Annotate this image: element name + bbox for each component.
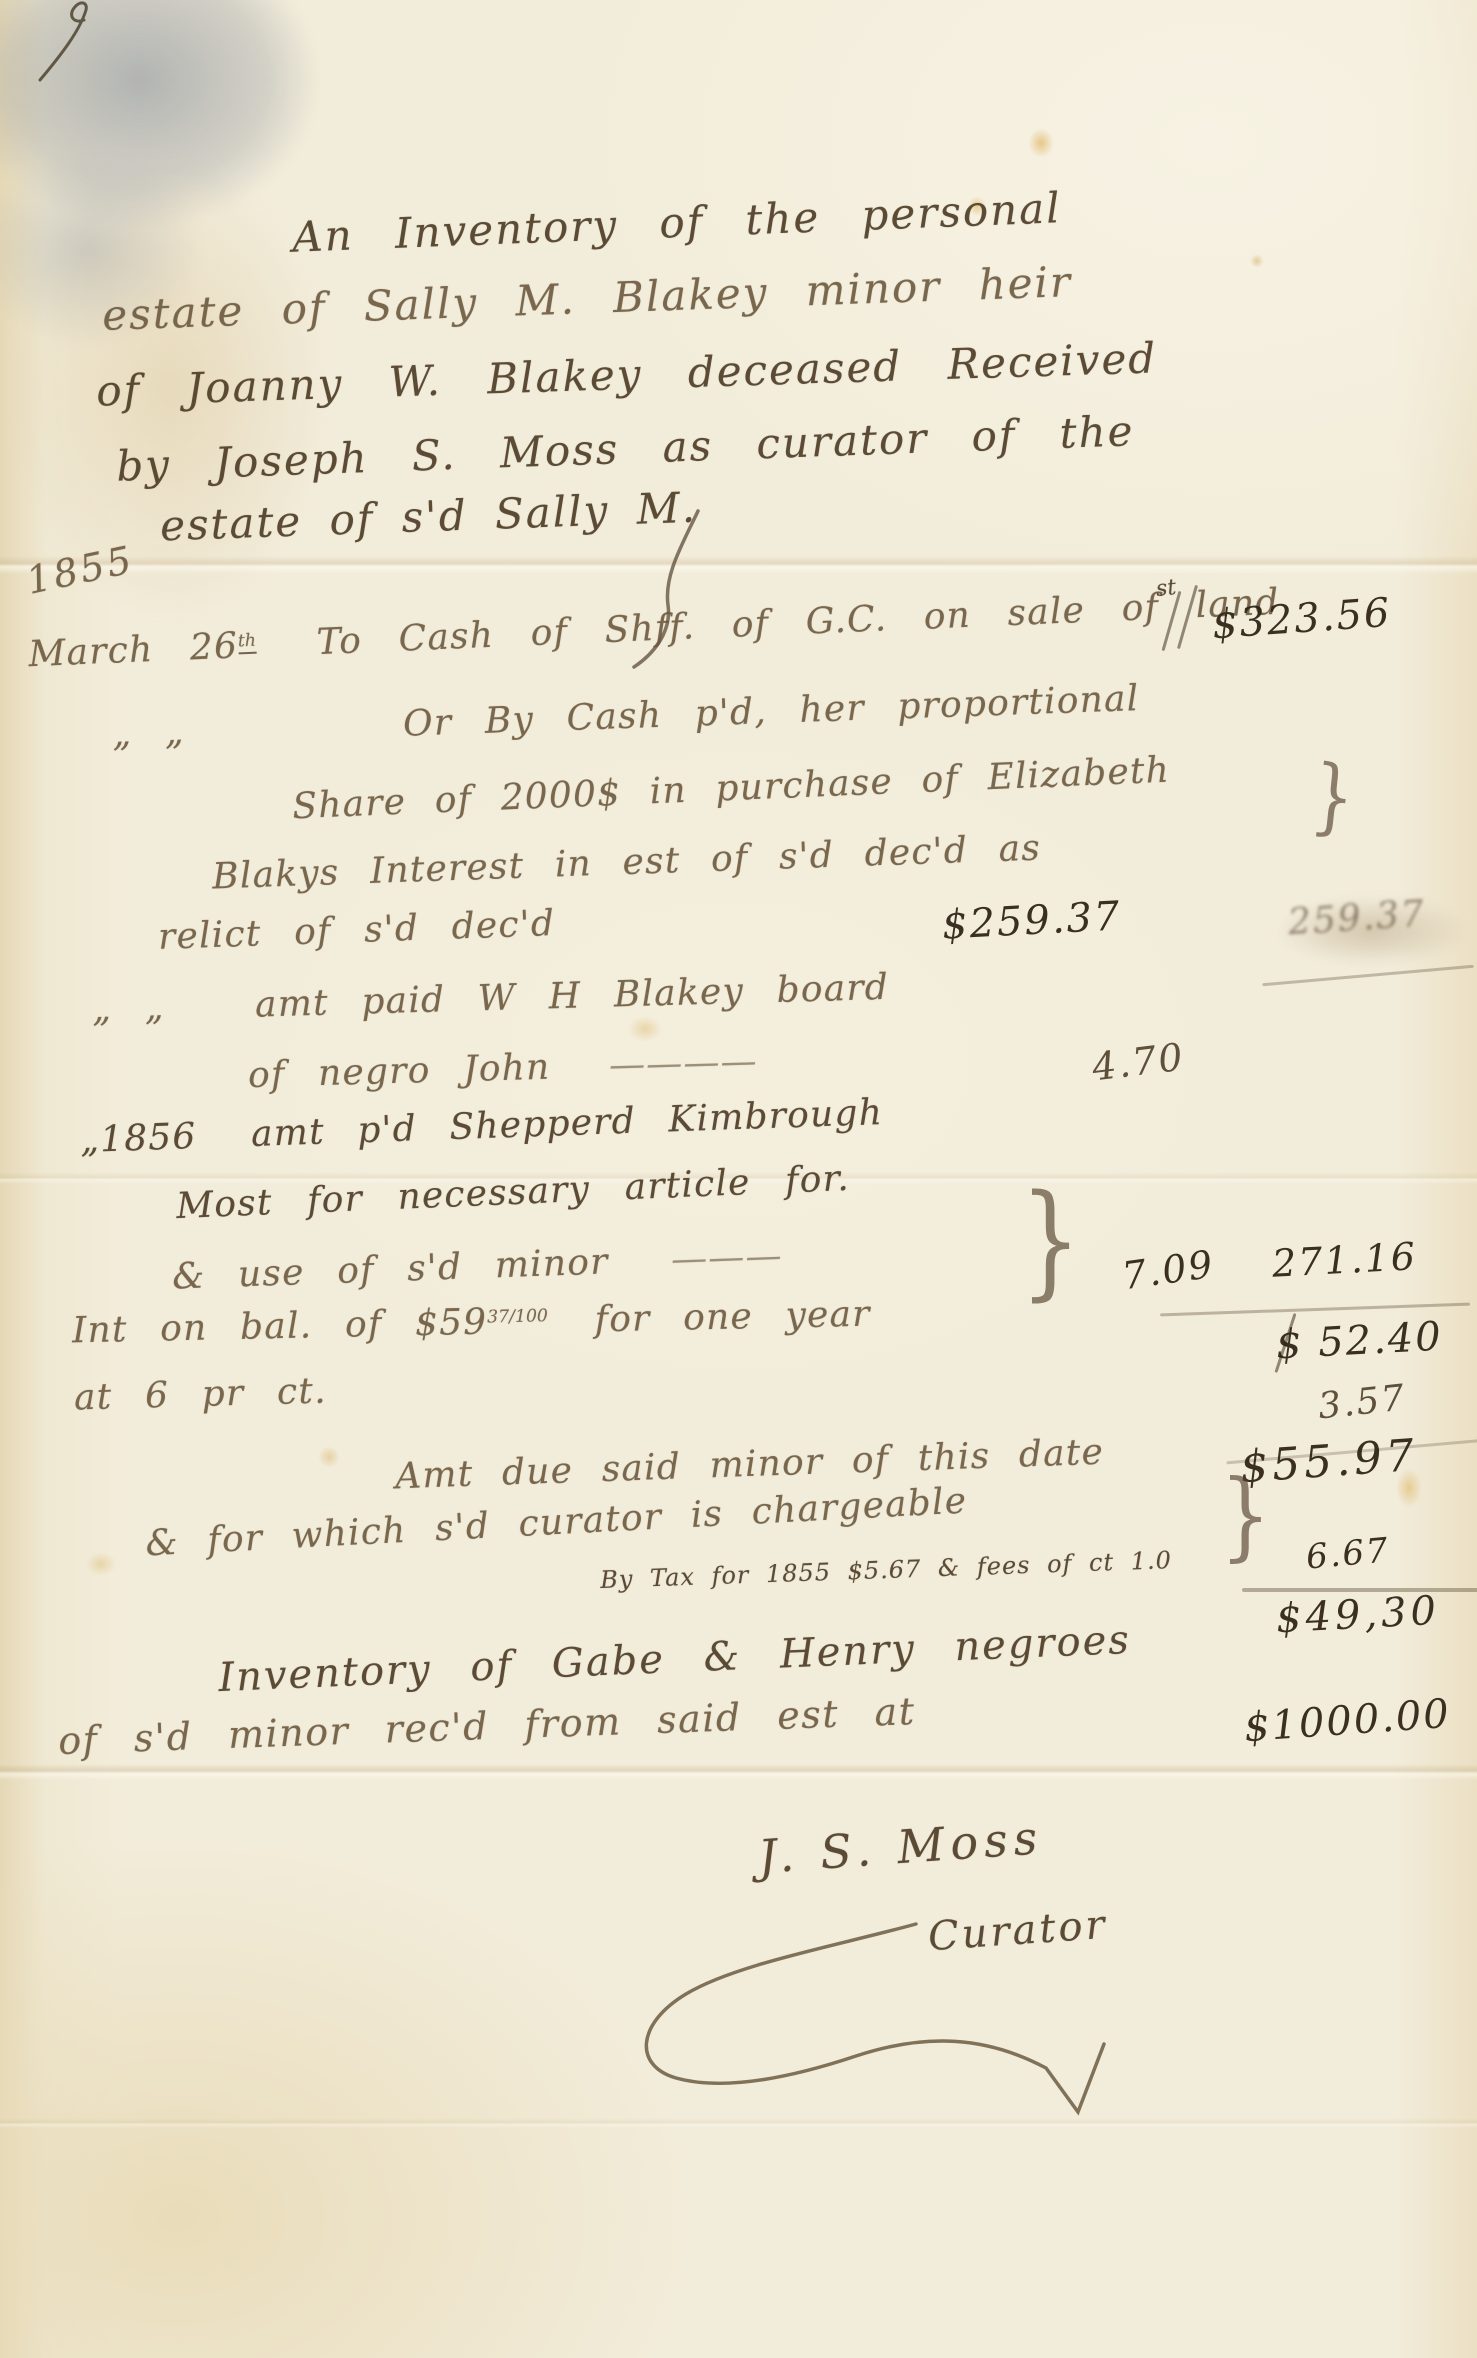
- inventory-line-1: Inventory of Gabe & Henry negroes: [217, 1617, 1131, 1701]
- trailing-dash: ———: [670, 1235, 783, 1280]
- amount-6-67: 6.67: [1304, 1530, 1391, 1577]
- entry-date: March 26: [28, 625, 239, 675]
- entry-negro-john: of negro John ————: [248, 1041, 759, 1096]
- entry-date: „1856: [80, 1116, 198, 1161]
- corner-ink-mark: [22, 0, 122, 86]
- ditto-marks: „ „: [92, 987, 165, 1030]
- entry-relict: relict of s'd dec'd: [157, 903, 555, 958]
- ditto-marks: „ „: [112, 711, 186, 755]
- entry-use-of-minor: & use of s'd minor ———: [171, 1235, 783, 1297]
- inventory-line-2: of s'd minor rec'd from said est at: [57, 1689, 916, 1763]
- entry-blakys-interest: Blakys Interest in est of s'd dec'd as: [212, 828, 1042, 898]
- amount-1000-00: $1000.00: [1243, 1691, 1453, 1751]
- entry-tax-note: By Tax for 1855 $5.67 & fees of ct 1.0: [600, 1546, 1173, 1594]
- entry-text: of negro John: [248, 1047, 551, 1096]
- amount-3-57: 3.57: [1316, 1378, 1408, 1428]
- foxing-spot: [628, 1016, 662, 1042]
- amount-271-16: 271.16: [1271, 1234, 1418, 1286]
- entry-necessary-articles: Most for necessary article for.: [175, 1158, 850, 1227]
- entry-share-2000: Share of 2000$ in purchase of Elizabeth: [292, 750, 1171, 828]
- fold-crease: [0, 556, 1477, 574]
- entry-by-cash: „ „ Or By Cash p'd, her proportional: [112, 678, 1140, 755]
- signature-name: J. S. Moss: [756, 1810, 1044, 1884]
- amount-7-09: 7.09: [1119, 1242, 1217, 1298]
- amount-4-70: 4.70: [1090, 1035, 1187, 1090]
- interline-note: st: [1155, 575, 1178, 602]
- brace-glyph: }: [1220, 1468, 1271, 1564]
- fold-crease: [0, 1764, 1477, 1780]
- entry-text: amt paid W H Blakey board: [255, 967, 890, 1026]
- entry-text: amt p'd Shepperd Kimbrough: [250, 1092, 883, 1155]
- foxing-spot: [1028, 128, 1054, 158]
- entry-text: & use of s'd minor: [171, 1241, 609, 1297]
- entry-board-blakey: „ „ amt paid W H Blakey board: [92, 967, 890, 1030]
- signature-flourish: [616, 1916, 1136, 2126]
- entry-1856-kimbrough: „1856 amt p'd Shepperd Kimbrough: [80, 1092, 884, 1161]
- entry-text: To Cash of Shff. of G.C. on sale of land: [316, 582, 1281, 663]
- foxing-spot: [1250, 254, 1264, 268]
- entry-date-ordinal: th: [237, 630, 256, 654]
- manuscript-page: An Inventory of the personal estate of S…: [0, 0, 1477, 2358]
- brace-glyph: }: [1308, 754, 1358, 840]
- brace-glyph: }: [1020, 1178, 1081, 1303]
- foxing-spot: [318, 1446, 340, 1468]
- amount-259-37: $259.37: [941, 893, 1123, 948]
- entry-text: Or By Cash p'd, her proportional: [402, 678, 1140, 745]
- fraction-sup: 37/100: [487, 1306, 548, 1327]
- foxing-spot: [86, 1552, 116, 1576]
- entry-text: for one year: [594, 1294, 871, 1341]
- trailing-dash: ————: [608, 1041, 758, 1086]
- amount-52-40: $ 52.40: [1275, 1314, 1444, 1369]
- entry-at-6-pct: at 6 pr ct.: [73, 1370, 327, 1418]
- entry-interest: Int on bal. of $5937/100 for one year: [72, 1294, 871, 1352]
- entry-chargeable: & for which s'd curator is chargeable: [144, 1481, 968, 1565]
- entry-amount-due: Amt due said minor of this date: [395, 1432, 1105, 1498]
- entry-text: Int on bal. of $59: [72, 1302, 488, 1352]
- amount-total-49-30: $49,30: [1275, 1588, 1441, 1643]
- heading-line-1: An Inventory of the personal: [291, 183, 1062, 262]
